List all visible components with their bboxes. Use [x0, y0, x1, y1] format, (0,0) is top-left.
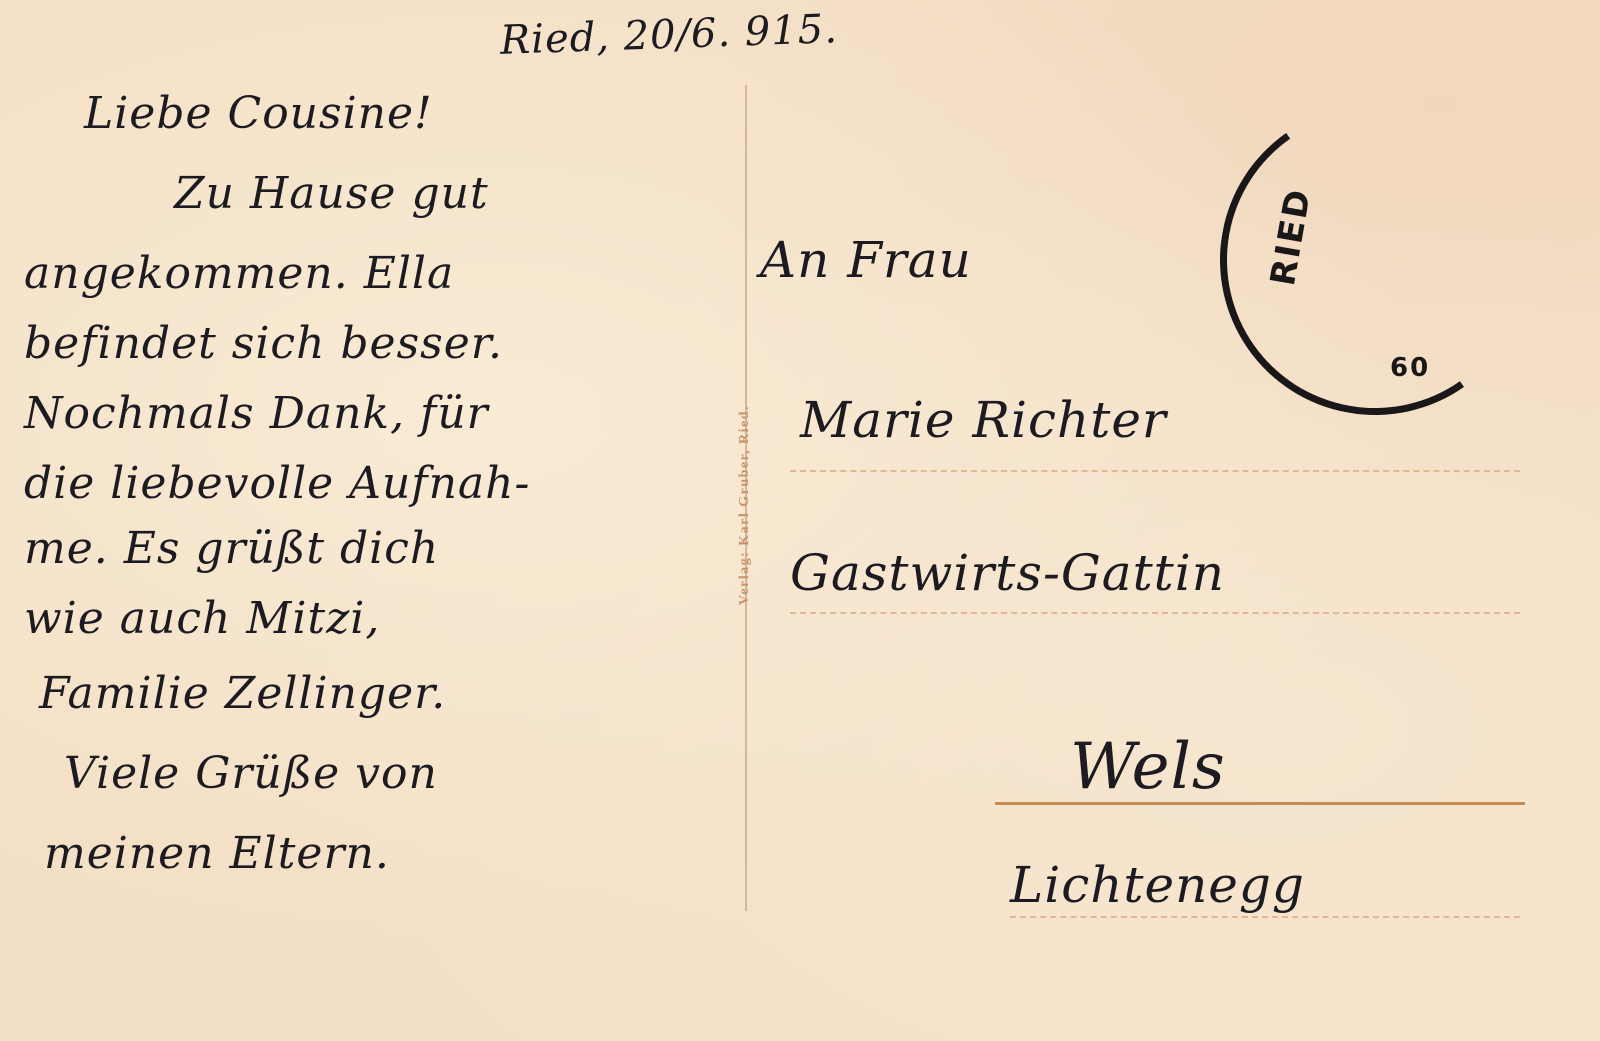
message-line: Liebe Cousine!: [84, 92, 433, 136]
message-line: die liebevolle Aufnah-: [24, 462, 530, 506]
message-line: befindet sich besser.: [24, 322, 503, 366]
message-line: Zu Hause gut: [174, 172, 489, 216]
address-city: Wels: [1070, 735, 1226, 799]
message-line: meinen Eltern.: [44, 832, 390, 876]
address-rule-3: [1010, 916, 1520, 918]
postmark-ring: [1195, 80, 1554, 439]
message-line: wie auch Mitzi,: [24, 597, 380, 641]
message-line: Nochmals Dank, für: [24, 392, 489, 436]
publisher-imprint: Verlag: Karl Gruber, Ried.: [737, 405, 753, 605]
address-rule-city: [995, 802, 1525, 805]
address-rule-2: [790, 612, 1520, 614]
date-line: Ried, 20/6. 915.: [499, 6, 838, 64]
address-salutation: An Frau: [760, 235, 972, 285]
address-district: Lichtenegg: [1010, 860, 1305, 910]
address-rule-1: [790, 470, 1520, 472]
address-name: Marie Richter: [800, 395, 1167, 445]
message-line: me. Es grüßt dich: [24, 527, 439, 571]
message-line: Viele Grüße von: [64, 752, 438, 796]
postcard-back: Ried, 20/6. 915. Liebe Cousine! Zu Hause…: [0, 0, 1600, 1041]
address-title: Gastwirts-Gattin: [790, 548, 1225, 598]
postmark-number: 60: [1390, 353, 1430, 383]
message-line: angekommen. Ella: [24, 252, 454, 296]
message-line: Familie Zellinger.: [39, 672, 446, 716]
postmark-stamp: RIED 60: [1220, 105, 1530, 415]
